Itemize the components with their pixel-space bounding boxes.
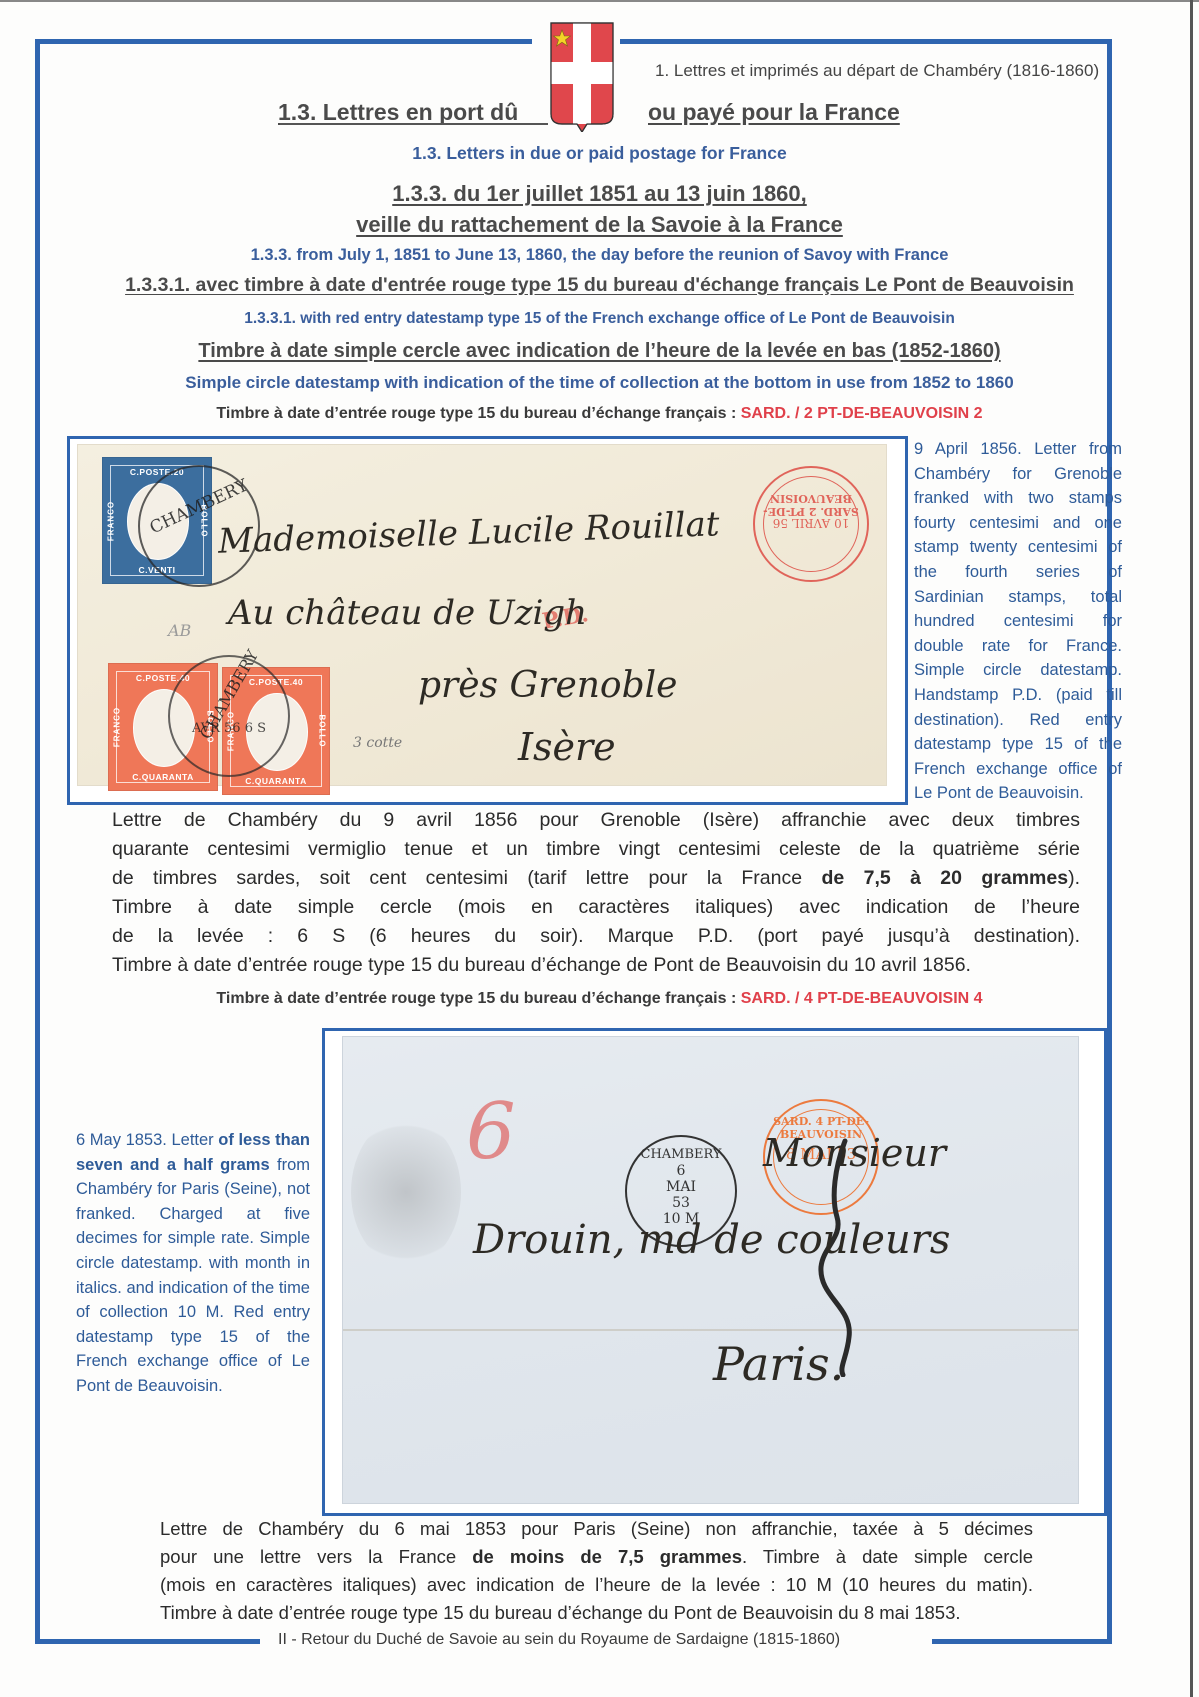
item2-caption: Timbre à date d’entrée rouge type 15 du … — [0, 990, 1199, 1008]
frame-bottom-right — [932, 1639, 1112, 1644]
address-line-1: Monsieur — [763, 1131, 946, 1175]
title-fr-right: ou payé pour la France — [648, 99, 900, 126]
subtitle-fr-line2: veille du rattachement de la Savoie à la… — [0, 212, 1199, 238]
address-line-3: Paris. — [713, 1337, 844, 1391]
frame-bottom-left — [35, 1639, 260, 1644]
item2-caption-mark: SARD. / 4 PT-DE-BEAUVOISIN 4 — [741, 990, 983, 1007]
subtitle-en: 1.3.3. from July 1, 1851 to June 13, 186… — [0, 246, 1199, 265]
pencil-note-1: AB — [168, 621, 191, 640]
item1-caption-mark: SARD. / 2 PT-DE-BEAUVOISIN 2 — [741, 405, 983, 422]
address-line-1: Mademoiselle Lucile Rouillat — [217, 504, 720, 561]
address-line-3: près Grenoble — [418, 665, 677, 706]
title-en: 1.3. Letters in due or paid postage for … — [0, 143, 1199, 164]
item1-caption-prefix: Timbre à date d’entrée rouge type 15 du … — [216, 405, 736, 422]
cover2-frame: 6 CHAMBERY 6 MAI 53 10 M SARD. 4 PT-DE-B… — [322, 1028, 1107, 1516]
footer-chapter: II - Retour du Duché de Savoie au sein d… — [278, 1631, 840, 1649]
address-line-2: Drouin, md de couleurs — [473, 1217, 950, 1263]
item1-description: Lettre de Chambéry du 9 avril 1856 pour … — [112, 806, 1080, 980]
cover1-envelope: C.POSTE.20 C.VENTI FRANCO BOLLO C.POSTE.… — [78, 445, 886, 785]
postmark-chambery-2: CHAMBERY AVR 56 6 S — [168, 655, 290, 777]
topic-en: Simple circle datestamp with indication … — [0, 373, 1199, 393]
item1-side-text: 9 April 1856. Letter from Chambéry for G… — [914, 437, 1122, 806]
item2-caption-prefix: Timbre à date d’entrée rouge type 15 du … — [216, 990, 736, 1007]
smudged-postmark — [351, 1117, 461, 1267]
cover2-envelope: 6 CHAMBERY 6 MAI 53 10 M SARD. 4 PT-DE-B… — [343, 1037, 1078, 1503]
section-fr: 1.3.3.1. avec timbre à date d'entrée rou… — [0, 274, 1199, 297]
topic-fr: Timbre à date simple cercle avec indicat… — [0, 340, 1199, 363]
address-line-4: Isère — [518, 725, 616, 769]
subtitle-fr-line1: 1.3.3. du 1er juillet 1851 au 13 juin 18… — [0, 181, 1199, 207]
item2-description: Lettre de Chambéry du 6 mai 1853 pour Pa… — [160, 1515, 1033, 1627]
item2-side-text: 6 May 1853. Letter of less than seven an… — [76, 1128, 310, 1399]
savoy-shield-icon — [550, 22, 614, 132]
scan-edge-top — [0, 0, 1199, 2]
section-en: 1.3.3.1. with red entry datestamp type 1… — [0, 310, 1199, 328]
series-label: 1. Lettres et imprimés au départ de Cham… — [655, 61, 1099, 81]
manuscript-tax-mark: 6 — [466, 1087, 516, 1177]
address-line-2: Au château de Uzigh — [228, 593, 587, 633]
frame-top-left — [35, 39, 532, 44]
postmark-red-entry: SARD. 2 PT-DE-BEAUVOISIN 10 AVRIL 56 — [753, 466, 869, 582]
cover1-frame: C.POSTE.20 C.VENTI FRANCO BOLLO C.POSTE.… — [67, 436, 908, 805]
title-fr-left: 1.3. Lettres en port dû — [278, 99, 518, 126]
title-underline-bridge — [280, 123, 548, 125]
item1-caption: Timbre à date d’entrée rouge type 15 du … — [0, 405, 1199, 423]
pencil-note-2: 3 cotte — [353, 735, 402, 751]
frame-top-right — [620, 39, 1112, 44]
